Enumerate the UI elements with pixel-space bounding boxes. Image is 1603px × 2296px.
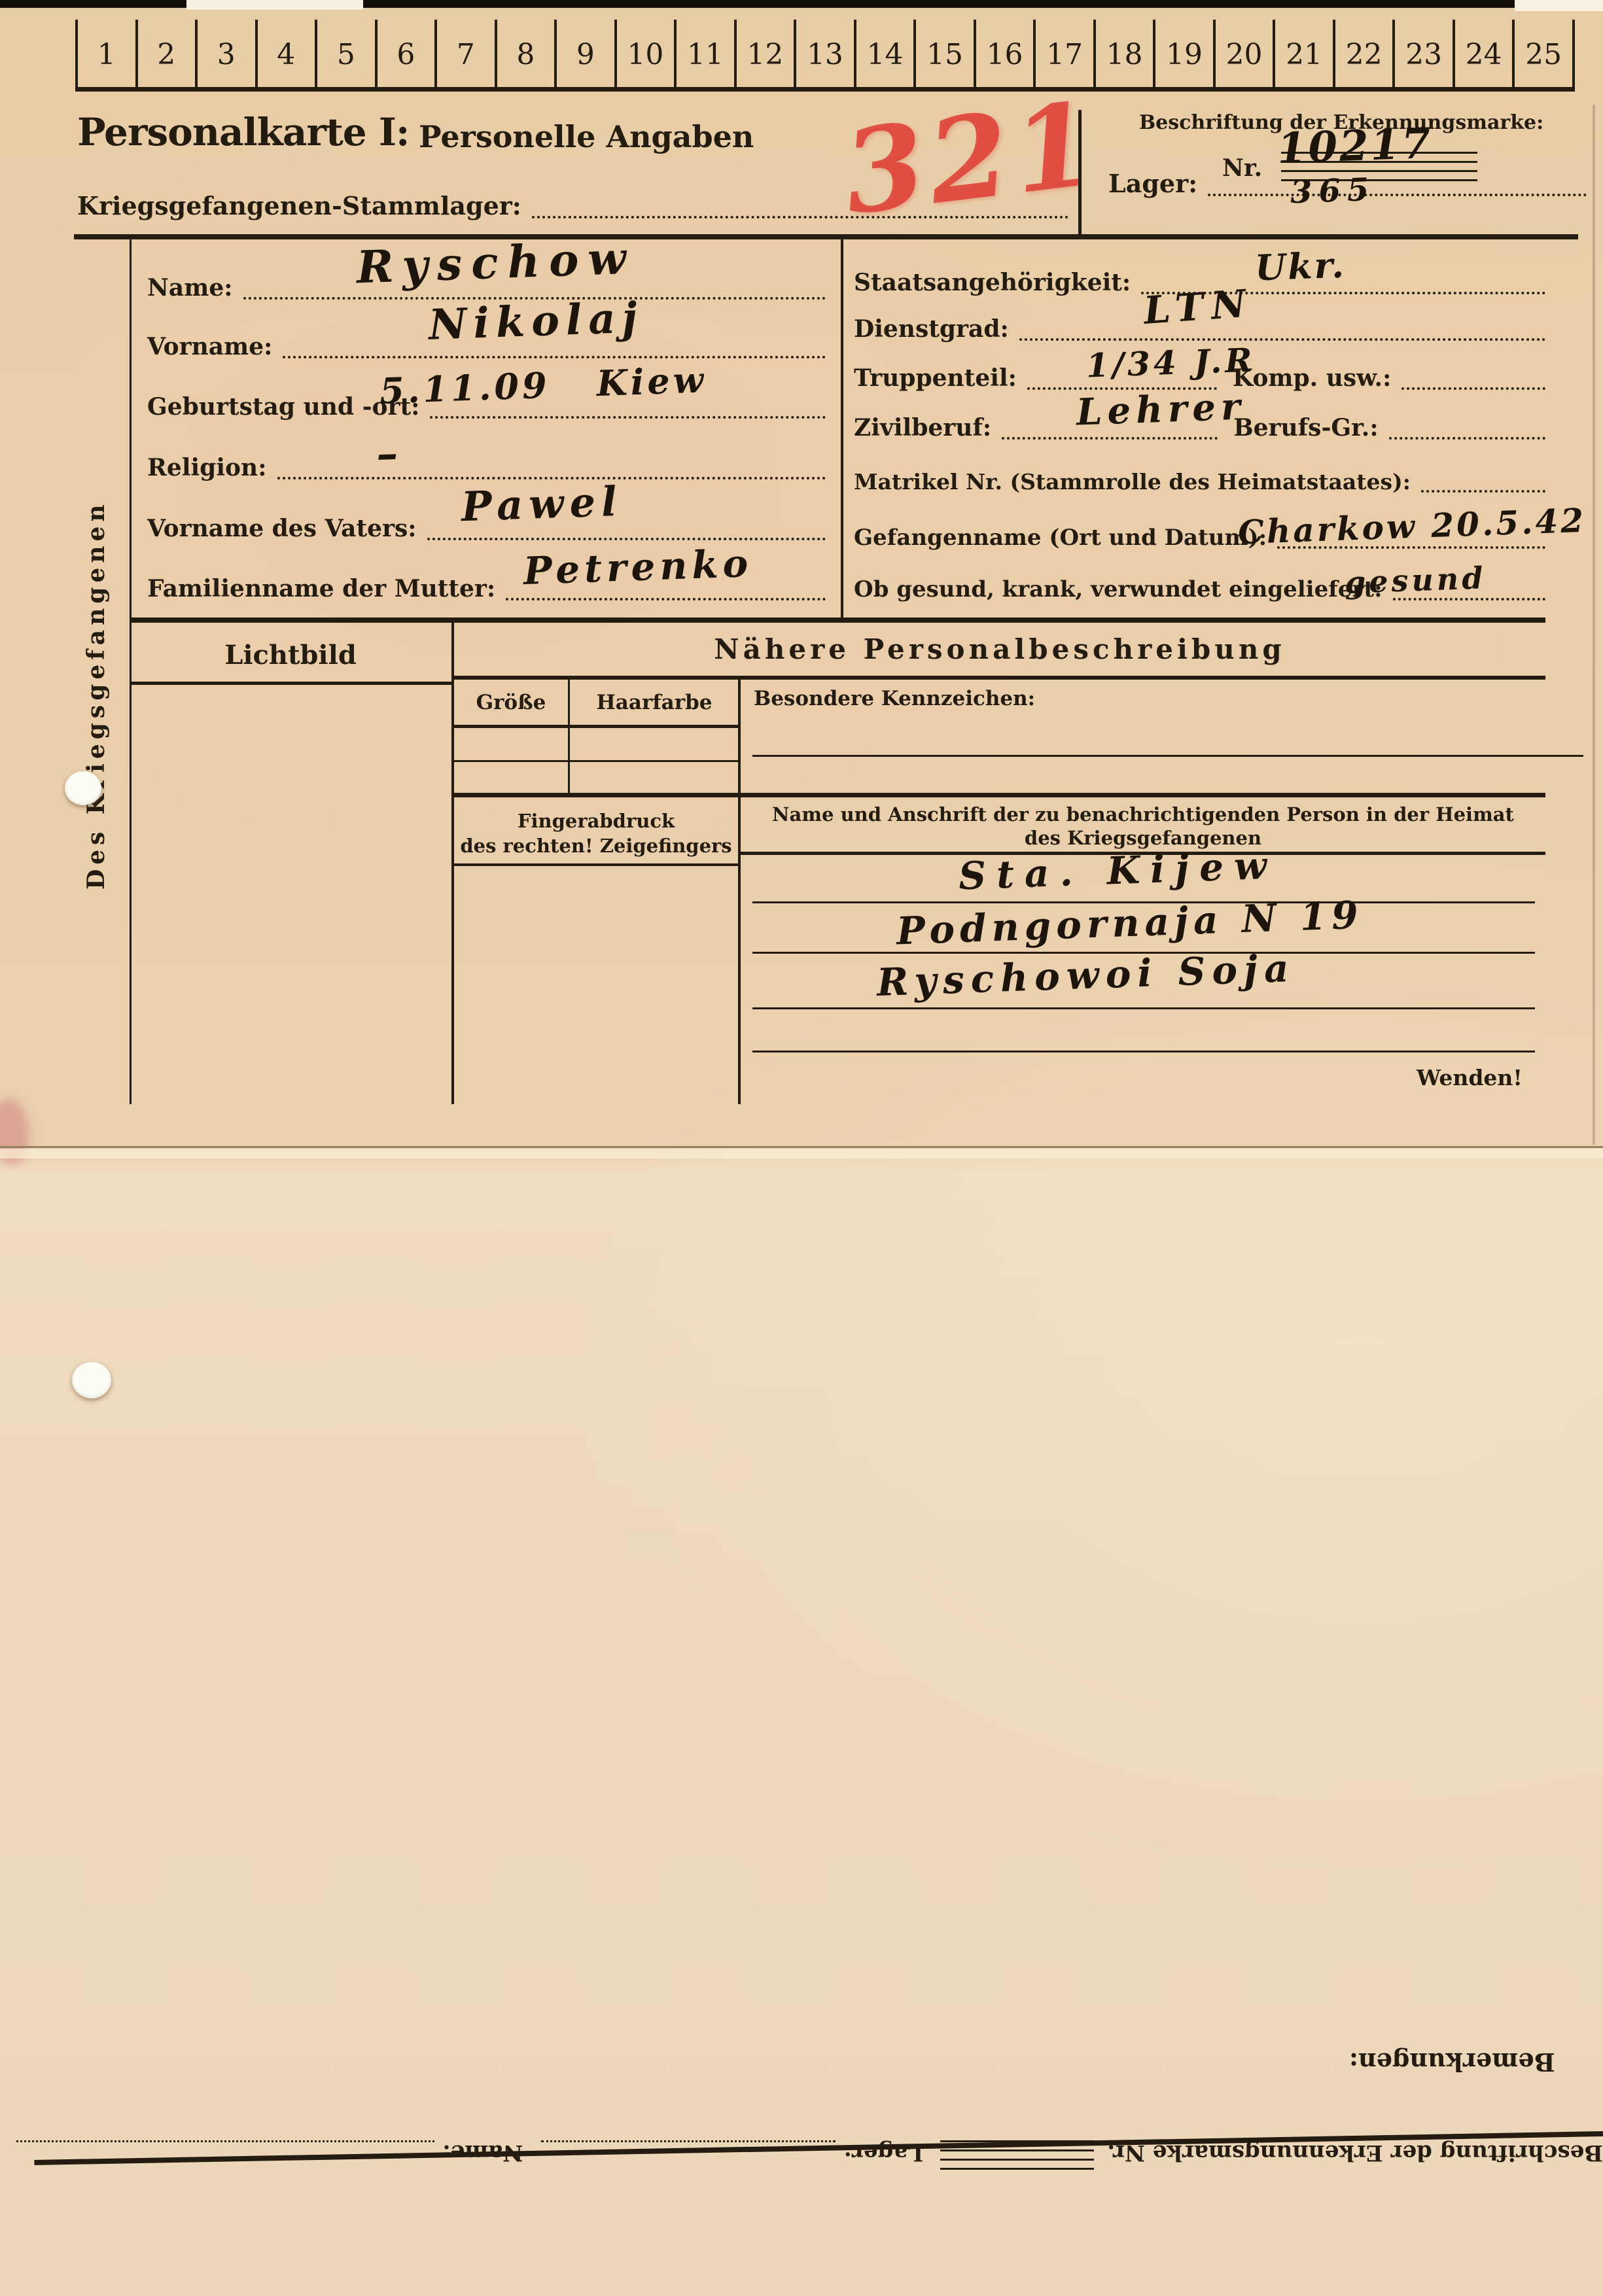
vater-label: Vorname des Vaters: (147, 517, 427, 540)
truppenteil-value-handwriting: 1/34 J.R (1085, 343, 1256, 382)
name-label: Name: (147, 276, 243, 300)
back-footer-lager-label: Lager: (843, 2140, 923, 2165)
header-rule (74, 234, 1578, 239)
number-strip-cell: 1 (75, 20, 135, 87)
fingerprint-underline (451, 863, 738, 866)
berufsgr-line (1389, 428, 1545, 440)
groesse-header-rule (454, 725, 738, 728)
vorname-value-handwriting: Nikolaj (428, 297, 644, 346)
number-strip-cell: 9 (554, 20, 614, 87)
matrikel-label: Matrikel Nr. (Stammrolle des Heimatstaat… (854, 471, 1421, 493)
card-title: Personalkarte I: (77, 110, 409, 154)
number-strip-cell: 22 (1333, 20, 1393, 87)
lichtbild-label: Lichtbild (130, 640, 451, 670)
field-matrikel: Matrikel Nr. (Stammrolle des Heimatstaat… (854, 471, 1545, 493)
back-footer-label: Beschriftung der Erkennungsmarke Nr. (1107, 2140, 1603, 2165)
mutter-label: Familienname der Mutter: (147, 577, 506, 600)
vater-value-handwriting: Pawel (461, 481, 624, 528)
contact-line1-handwriting: Sta. Kijew (958, 846, 1278, 896)
number-strip-cell: 23 (1392, 20, 1453, 87)
number-strip-cell: 25 (1512, 20, 1575, 87)
wenden-label: Wenden! (1417, 1065, 1523, 1090)
card-right-edge (1593, 105, 1595, 1145)
haarfarbe-label: Haarfarbe (571, 691, 738, 714)
number-strip-cell: 2 (135, 20, 196, 87)
table-center-divider (841, 239, 843, 621)
hole-punch (72, 1362, 111, 1399)
gesundheit-value-handwriting: gesund (1344, 563, 1487, 598)
back-footer-name-label: Name: (442, 2140, 523, 2165)
name-value-handwriting: Ryschow (356, 236, 636, 290)
header-divider (1078, 110, 1082, 239)
side-vertical-label: Des Kriegsgefangenen (82, 458, 110, 890)
gesundheit-label: Ob gesund, krank, verwundet eingeliefert… (854, 578, 1393, 600)
number-strip-cell: 15 (913, 20, 974, 87)
number-strip: 1234567891011121314151617181920212223242… (75, 20, 1575, 92)
vater-line (427, 529, 826, 540)
lager-line (1208, 184, 1587, 196)
lager-label: Lager: (1108, 171, 1208, 196)
religion-line (277, 468, 826, 479)
back-footer-name-line (16, 2140, 434, 2150)
religion-label: Religion: (147, 456, 277, 479)
table-mid-rule (130, 617, 1545, 623)
stammlager-label: Kriegsgefangenen-Stammlager: (77, 194, 532, 218)
torn-paper-patch (186, 0, 363, 10)
number-strip-cell: 20 (1213, 20, 1273, 87)
field-religion: Religion: (147, 456, 826, 479)
number-strip-cell: 6 (375, 20, 435, 87)
nr-value-handwriting: 10217 (1277, 123, 1434, 170)
number-strip-cell: 4 (255, 20, 315, 87)
dienstgrad-label: Dienstgrad: (854, 317, 1019, 341)
mutter-value-handwriting: Petrenko (523, 544, 753, 590)
vorname-line (283, 347, 826, 358)
lager-value-handwriting: 365 (1290, 174, 1376, 209)
number-strip-cell: 3 (195, 20, 255, 87)
hole-punch (65, 771, 101, 805)
card-subtitle: Personelle Angaben (419, 119, 754, 154)
religion-value-handwriting: – (376, 431, 400, 475)
number-strip-cell: 13 (794, 20, 854, 87)
number-strip-cell: 7 (434, 20, 495, 87)
gefangennahme-label: Gefangenname (Ort und Datum): (854, 527, 1277, 549)
kennzeichen-divider (738, 680, 741, 1104)
back-footer-lager-line (541, 2140, 836, 2150)
lichtbild-underline (130, 682, 451, 685)
kennzeichen-write-line (752, 755, 1583, 757)
staatsangehoerigkeit-value-handwriting: Ukr. (1254, 247, 1347, 286)
contact-line3-handwriting: Ryschowoi Soja (876, 949, 1295, 1001)
dienstgrad-line (1019, 329, 1545, 341)
number-strip-cell: 18 (1093, 20, 1154, 87)
groesse-label: Größe (454, 691, 568, 714)
number-strip-cell: 24 (1453, 20, 1513, 87)
geburtstag-value-handwriting: 5.11.09 Kiew (379, 362, 707, 408)
number-strip-cell: 10 (614, 20, 675, 87)
card-fold-line (0, 1146, 1603, 1148)
personalbeschreibung-header: Nähere Personalbeschreibung (454, 633, 1545, 665)
staatsangehoerigkeit-label: Staatsangehörigkeit: (854, 271, 1141, 294)
contact-line2-handwriting: Podngornaja N 19 (896, 896, 1364, 950)
contact-header-line1: Name und Anschrift der zu benachrichtige… (741, 803, 1545, 826)
torn-paper-patch (1515, 0, 1603, 11)
fingerprint-label-line2: des rechten! Zeigefingers (454, 835, 738, 857)
pow-personal-card-scan: 1234567891011121314151617181920212223242… (0, 0, 1603, 2296)
number-strip-cell: 19 (1153, 20, 1213, 87)
contact-header-line2: des Kriegsgefangenen (741, 827, 1545, 849)
number-strip-cell: 16 (974, 20, 1034, 87)
groesse-haarfarbe-divider (568, 680, 570, 795)
number-strip-cell: 14 (854, 20, 914, 87)
bemerkungen-label: Bemerkungen: (1349, 2047, 1555, 2077)
personalbeschreibung-underline (454, 676, 1545, 680)
kennzeichen-label: Besondere Kennzeichen: (754, 687, 1035, 710)
vorname-label: Vorname: (147, 335, 283, 358)
matrikel-line (1421, 481, 1545, 493)
geburtstag-line (430, 407, 826, 419)
table-left-border (130, 239, 132, 1104)
number-strip-cell: 11 (674, 20, 734, 87)
section-thick-rule (451, 793, 1545, 797)
dienstgrad-value-handwriting: LTN (1142, 284, 1255, 330)
contact-ruled-line-4 (752, 1051, 1535, 1052)
back-footer-ruled-lines (940, 2140, 1094, 2170)
komp-line (1401, 378, 1545, 390)
contact-ruled-line-3 (752, 1007, 1535, 1009)
number-strip-cell: 12 (734, 20, 794, 87)
zivilberuf-value-handwriting: Lehrer (1076, 389, 1246, 431)
back-footer: Beschriftung der Erkennungsmarke Nr. Lag… (16, 2140, 1603, 2181)
number-strip-cell: 5 (315, 20, 375, 87)
number-strip-cell: 21 (1273, 20, 1333, 87)
card-fold-highlight (0, 1149, 1603, 1158)
fingerprint-label-line1: Fingerabdruck (454, 810, 738, 832)
number-strip-cell: 8 (495, 20, 555, 87)
groesse-write-line (454, 760, 738, 762)
zivilberuf-label: Zivilberuf: (854, 416, 1002, 440)
truppenteil-label: Truppenteil: (854, 366, 1027, 390)
